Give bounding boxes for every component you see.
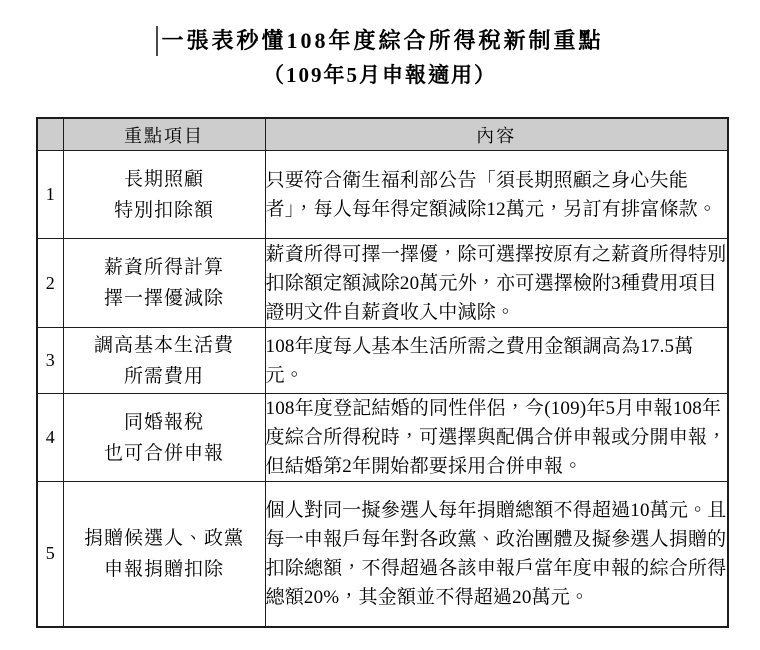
row-content: 薪資所得可擇一擇優，除可選擇按原有之薪資所得特別扣除額定額減除20萬元外，亦可選…	[265, 239, 728, 328]
tax-summary-table: 重點項目 內容 1 長期照顧 特別扣除額 只要符合衛生福利部公告「須長期照顧之身…	[36, 117, 729, 628]
page-title: 一張表秒懂108年度綜合所得稅新制重點	[161, 28, 603, 53]
row-item: 長期照顧 特別扣除額	[63, 151, 265, 239]
header-cell-item: 重點項目	[63, 118, 265, 151]
row-content: 個人對同一擬參選人每年捐贈總額不得超過10萬元。且每一申報戶每年對各政黨、政治團…	[265, 482, 728, 627]
row-content: 只要符合衛生福利部公告「須長期照顧之身心失能者」，每人每年得定額減除12萬元，另…	[265, 151, 728, 239]
row-item-line2: 所需費用	[64, 361, 265, 392]
table-row: 4 同婚報稅 也可合併申報 108年度登記結婚的同性伴侶，今(109)年5月申報…	[37, 394, 728, 482]
row-item-line2: 申報捐贈扣除	[64, 554, 265, 585]
row-item-line2: 特別扣除額	[64, 195, 265, 226]
table-row: 5 捐贈候選人、政黨 申報捐贈扣除 個人對同一擬參選人每年捐贈總額不得超過10萬…	[37, 482, 728, 627]
row-number: 1	[37, 151, 63, 239]
header-cell-no	[37, 118, 63, 151]
row-content: 108年度每人基本生活所需之費用金額調高為17.5萬元。	[265, 328, 728, 394]
page-title-line: 一張表秒懂108年度綜合所得稅新制重點	[156, 24, 603, 59]
row-number: 2	[37, 239, 63, 328]
row-item-line2: 也可合併申報	[64, 438, 265, 469]
row-item: 調高基本生活費 所需費用	[63, 328, 265, 394]
header-cell-content: 內容	[265, 118, 728, 151]
row-number: 4	[37, 394, 63, 482]
row-item-line1: 捐贈候選人、政黨	[64, 523, 265, 554]
page-subtitle: （109年5月申報適用）	[0, 59, 760, 91]
row-item-line1: 長期照顧	[64, 164, 265, 195]
table-header-row: 重點項目 內容	[37, 118, 728, 151]
row-item-line2: 擇一擇優減除	[64, 283, 265, 314]
row-item-line1: 薪資所得計算	[64, 252, 265, 283]
row-item-line1: 調高基本生活費	[64, 330, 265, 361]
row-number: 5	[37, 482, 63, 627]
row-item-line1: 同婚報稅	[64, 407, 265, 438]
title-accent-bar	[156, 26, 158, 56]
table-row: 3 調高基本生活費 所需費用 108年度每人基本生活所需之費用金額調高為17.5…	[37, 328, 728, 394]
table-row: 1 長期照顧 特別扣除額 只要符合衛生福利部公告「須長期照顧之身心失能者」，每人…	[37, 151, 728, 239]
row-item: 同婚報稅 也可合併申報	[63, 394, 265, 482]
title-block: 一張表秒懂108年度綜合所得稅新制重點 （109年5月申報適用）	[0, 24, 760, 91]
row-item: 捐贈候選人、政黨 申報捐贈扣除	[63, 482, 265, 627]
row-number: 3	[37, 328, 63, 394]
row-content: 108年度登記結婚的同性伴侶，今(109)年5月申報108年度綜合所得稅時，可選…	[265, 394, 728, 482]
row-item: 薪資所得計算 擇一擇優減除	[63, 239, 265, 328]
table-row: 2 薪資所得計算 擇一擇優減除 薪資所得可擇一擇優，除可選擇按原有之薪資所得特別…	[37, 239, 728, 328]
